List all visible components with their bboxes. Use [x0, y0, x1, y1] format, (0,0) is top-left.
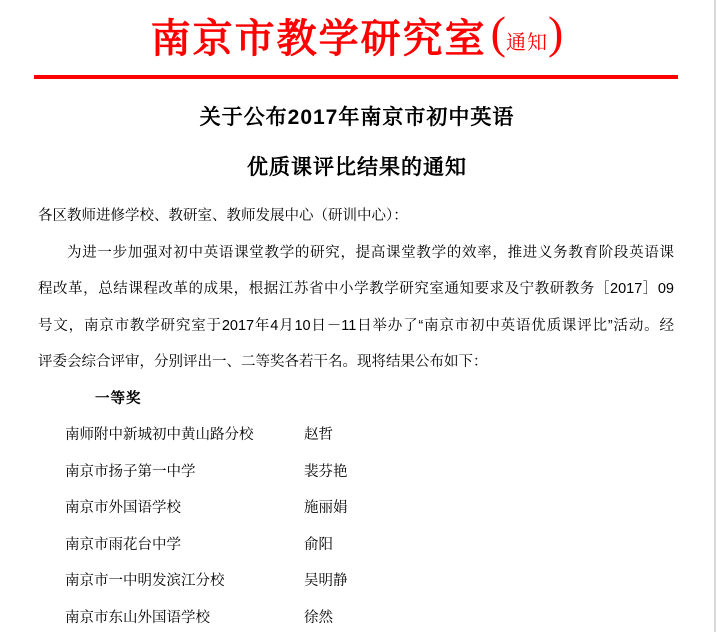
paragraph-line: 为进一步加强对初中英语课堂教学的研究，提高课堂教学的效率，推进义务教育阶段英语课 [38, 235, 674, 272]
org-name: 南京市教学研究室 [151, 7, 487, 64]
winner-row: 南京市雨花台中学 俞阳 [38, 527, 674, 564]
winner-row: 南师附中新城初中黄山路分校 赵哲 [38, 417, 674, 454]
school-name: 南京市扬子第一中学 [65, 454, 300, 491]
winner-row: 南京市外国语学校 施丽娟 [38, 490, 674, 527]
winner-name: 徐然 [304, 610, 333, 626]
header-paren-open: ( [491, 10, 506, 56]
school-name: 南京市东山外国语学校 [65, 600, 300, 632]
red-divider-rule [34, 75, 678, 79]
winner-name: 俞阳 [304, 537, 333, 553]
header-paren-close: ) [548, 10, 563, 56]
salutation: 各区教师进修学校、教研室、教师发展中心（研训中心）： [38, 198, 674, 235]
winner-name: 施丽娟 [304, 500, 348, 516]
notice-document-page: 南京市教学研究室 ( 通知 ) 关于公布2017年南京市初中英语 优质课评比结果… [0, 0, 718, 632]
school-name: 南京市外国语学校 [65, 490, 300, 527]
winner-row: 南京市扬子第一中学 裴芬艳 [38, 454, 674, 491]
letterhead: 南京市教学研究室 ( 通知 ) [0, 4, 714, 66]
notice-title-line2: 优质课评比结果的通知 [0, 143, 714, 193]
notice-title-line1: 关于公布2017年南京市初中英语 [0, 93, 714, 143]
school-name: 南师附中新城初中黄山路分校 [65, 417, 300, 454]
notice-body: 各区教师进修学校、教研室、教师发展中心（研训中心）： 为进一步加强对初中英语课堂… [38, 198, 674, 632]
notice-title: 关于公布2017年南京市初中英语 优质课评比结果的通知 [0, 93, 714, 193]
winner-row: 南京市东山外国语学校 徐然 [38, 600, 674, 632]
paragraph-line: 评委会综合评审，分别评出一、二等奖各若干名。现将结果公布如下： [38, 344, 674, 381]
paragraph-line: 号文，南京市教学研究室于2017年4月10日－11日举办了“南京市初中英语优质课… [38, 308, 674, 345]
school-name: 南京市雨花台中学 [65, 527, 300, 564]
winner-name: 裴芬艳 [304, 464, 348, 480]
winner-row: 南京市一中明发滨江分校 吴明静 [38, 563, 674, 600]
page-right-border [714, 0, 716, 632]
notice-type-label: 通知 [506, 26, 548, 55]
paragraph-line: 程改革，总结课程改革的成果，根据江苏省中小学教学研究室通知要求及宁教研教务［20… [38, 271, 674, 308]
winner-name: 赵哲 [304, 427, 333, 443]
award-section-heading: 一等奖 [38, 381, 674, 418]
school-name: 南京市一中明发滨江分校 [65, 563, 300, 600]
winner-name: 吴明静 [304, 573, 348, 589]
